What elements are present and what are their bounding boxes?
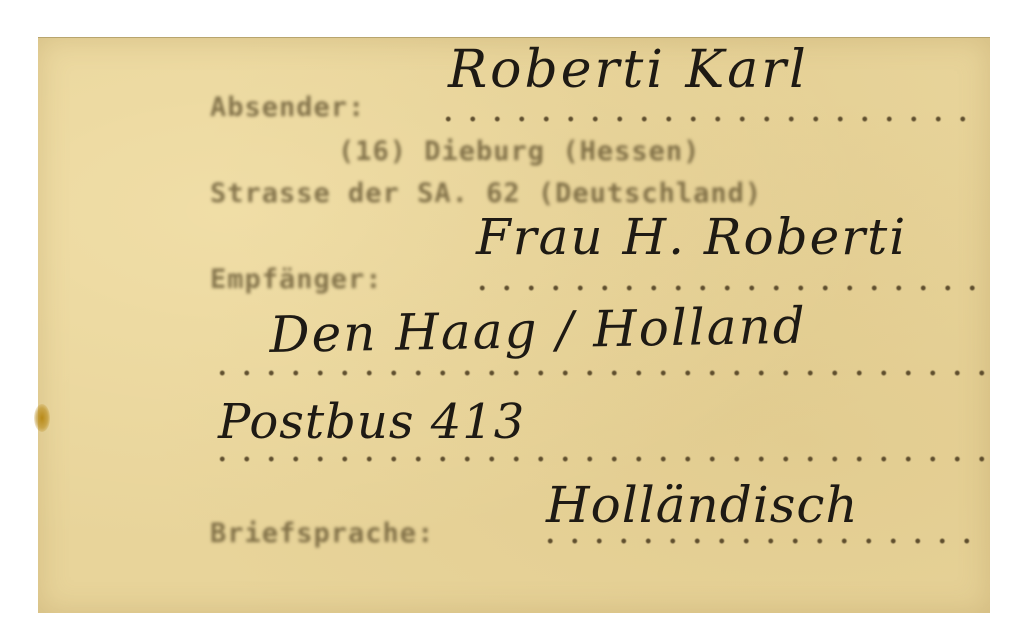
recipient-dotted-line (470, 285, 990, 291)
language-value-handwritten: Holländisch (546, 476, 859, 534)
recipient-label: Empfänger: (210, 264, 383, 295)
recipient-name-handwritten: Frau H. Roberti (476, 208, 907, 266)
sender-dotted-line (436, 116, 976, 122)
recipient-postbox-handwritten: Postbus 413 (218, 394, 525, 450)
sender-address-line-1: (16) Dieburg (Hessen) (338, 136, 700, 167)
sender-address-line-2: Strasse der SA. 62 (Deutschland) (210, 178, 762, 209)
postal-card: Absender: Roberti Karl (16) Dieburg (Hes… (38, 37, 990, 613)
language-label: Briefsprache: (210, 518, 434, 549)
city-dotted-line (210, 370, 990, 376)
sender-name-handwritten: Roberti Karl (448, 40, 809, 100)
sender-label: Absender: (210, 92, 365, 123)
recipient-city-handwritten: Den Haag / Holland (269, 297, 807, 364)
language-dotted-line (538, 538, 988, 544)
postbox-dotted-line (210, 456, 990, 462)
stain-mark (34, 404, 50, 432)
